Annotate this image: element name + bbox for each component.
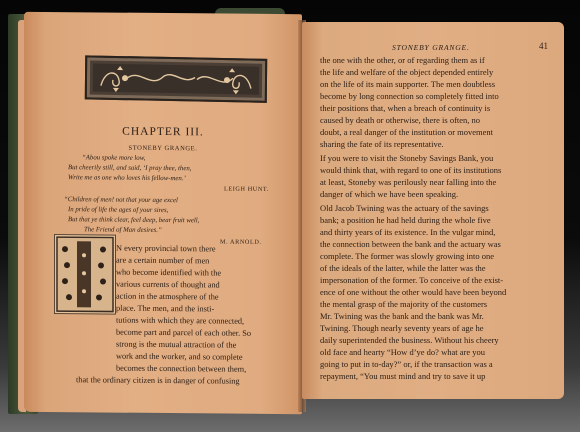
text-line: that the ordinary citizen is in danger o… [76,374,240,387]
epigraph-line: Write me as one who loves his fellow-men… [68,173,186,184]
text-line: strong is the mutual attraction of the [116,339,236,352]
text-line: impersonation of the former. To conceive… [320,274,503,286]
text-line: sharing the fate of its representative. [320,138,444,150]
text-line: Old Jacob Twining was the actuary of the… [320,202,489,214]
text-line: repayment, “You must mind and try to sav… [320,370,485,382]
text-line: who become identified with the [116,267,221,280]
text-line: are a certain number of men [116,255,209,268]
text-line: going to put in to-day?” or, if the tran… [320,358,493,370]
text-line: doubt, a real danger of the institution … [320,126,493,138]
chapter-subtitle: STONEBY GRANGE. [24,144,302,153]
text-line: action in the atmosphere of the [116,291,219,304]
text-line: the mental grasp of the majority of the … [320,298,487,310]
text-line: become by long connection so completely … [320,90,499,102]
text-line: place. The men, and the insti- [116,303,214,316]
text-line: the connection between the bank and the … [320,238,501,250]
epigraph-line: “Abou spoke more low, [82,153,145,164]
text-line: and thirty years of its existence. In th… [320,226,495,238]
text-line: bank; a position he had held during the … [320,214,491,226]
text-line: daily superintended the business. Withou… [320,334,499,346]
text-line: N every provincial town there [116,243,216,256]
text-line: danger of which we have been speaking. [320,188,458,200]
running-head: STONEBY GRANGE. [392,43,470,52]
text-line: complete. The former was slowly growing … [320,250,494,262]
text-line: would think that, with regard to one of … [320,164,501,176]
page-number: 41 [539,41,548,51]
text-line: If you were to visit the Stoneby Savings… [320,152,493,164]
text-line: caused by death or otherwise, there is o… [320,114,480,126]
text-line: ence of one without the other would have… [320,286,506,298]
text-line: tutions with which they are connected, [116,315,244,328]
chapter-heading: CHAPTER III. [24,125,302,139]
decorated-letter-i-icon [55,235,115,314]
floral-ornament-icon [87,57,265,100]
text-line: the life and welfare of the object depen… [320,66,493,78]
text-line: Twining. Though nearly seventy years of … [320,322,484,334]
decorative-headpiece [85,55,267,102]
text-line: Mr. Twining was the bank and the bank wa… [320,310,484,322]
text-line: becomes the connection between them, [116,363,246,376]
epigraph-attribution: LEIGH HUNT. [224,186,269,193]
text-line: at least, Stoneby was perilously near fa… [320,176,496,188]
right-page: STONEBY GRANGE. 41 the one with the othe… [302,22,564,399]
illuminated-drop-cap [54,234,116,315]
epigraph-attribution: M. ARNOLD. [220,238,262,245]
text-line: various currents of thought and [116,279,220,292]
text-line: on the life of its main supporter. The m… [320,78,495,90]
text-line: work and the worker, and so complete [116,351,243,364]
text-line: of the ideals of the latter, while the l… [320,262,486,274]
left-page: CHAPTER III. STONEBY GRANGE. “Abou spoke… [24,12,302,414]
text-line: the one with the other, or of regarding … [320,54,485,66]
text-line: old face and hearty “How d’ye do? what a… [320,346,485,358]
text-line: their positions that, when a breach of c… [320,102,490,114]
